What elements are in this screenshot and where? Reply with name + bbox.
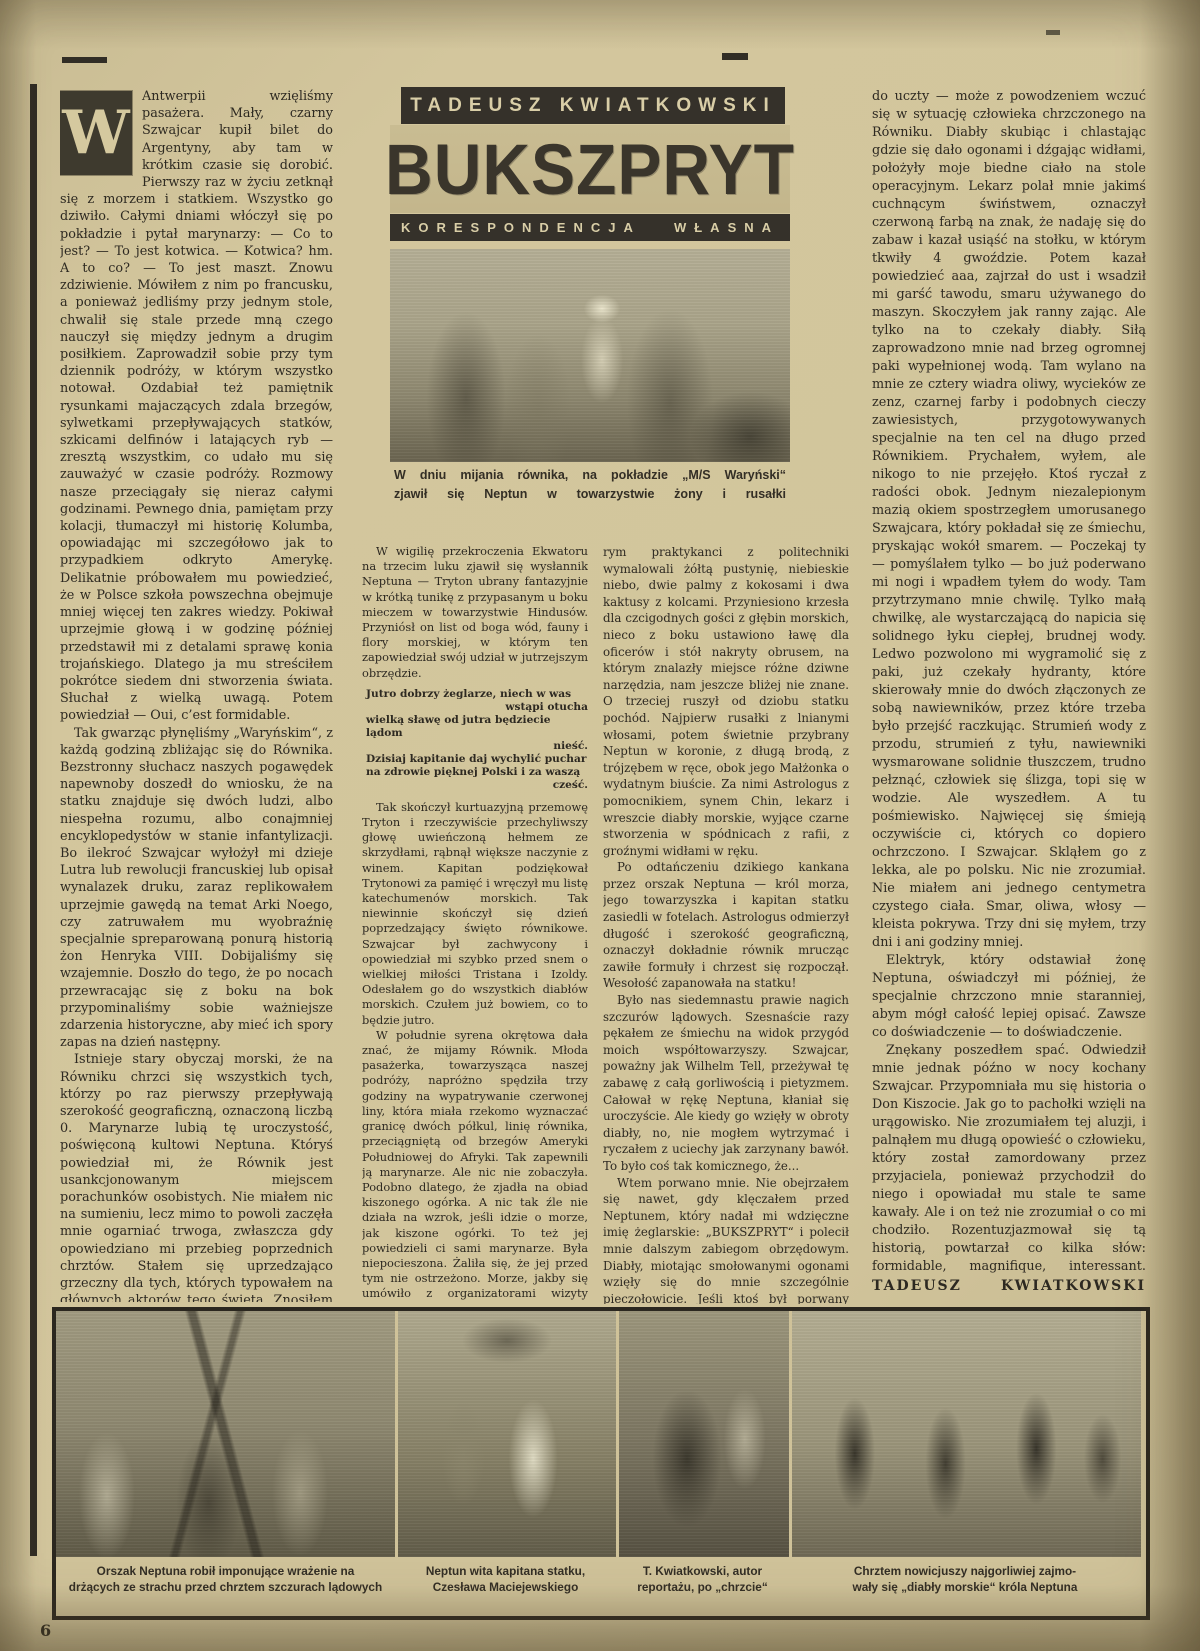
toast-verse: Jutro dobrzy żeglarze, niech w was wstąp… — [366, 688, 588, 792]
paragraph: Znękany poszedłem spać. Odwiedził mnie j… — [872, 1042, 1146, 1278]
photo-strip: Orszak Neptuna robił imponujące wrażenie… — [52, 1307, 1150, 1620]
article-column-3: do uczty — może z powodzeniem wczuć się … — [872, 88, 1146, 1278]
article-title: BUKSZPRYT — [385, 128, 795, 210]
photo-strip-captions: Orszak Neptuna robił imponujące wrażenie… — [56, 1557, 1146, 1595]
author-name: TADEUSZ KWIATKOWSKI — [410, 95, 776, 117]
dropcap-w: W — [60, 91, 132, 175]
correspondence-band: KORESPONDENCJA WŁASNA — [390, 214, 790, 241]
paragraph: Wtem porwano mnie. Nie obejrzałem się na… — [603, 1175, 849, 1304]
caption-line: Neptun wita kapitana statku, — [405, 1564, 606, 1580]
paragraph-text: Antwerpii wzięliśmy pasażera. Mały, czar… — [60, 89, 333, 723]
caption-line: T. Kwiatkowski, autor — [626, 1564, 779, 1580]
author-band: TADEUSZ KWIATKOWSKI — [401, 87, 785, 124]
page-number: 6 — [40, 1621, 51, 1640]
paragraph: WAntwerpii wzięliśmy pasażera. Mały, cza… — [60, 88, 333, 725]
lead-photo — [390, 249, 790, 462]
caption-line: Czesława Maciejewskiego — [405, 1580, 606, 1596]
top-right-mark — [1046, 30, 1060, 35]
verse-line: na zdrowie pięknej Polski i za waszą — [366, 766, 588, 779]
author-signature: TADEUSZ KWIATKOWSKI — [872, 1278, 1146, 1294]
caption-line: Chrztem nowicjuszy najgorliwiej zajmo- — [799, 1564, 1131, 1580]
article-column-2b: rym praktykanci z politechniki wymalowal… — [603, 544, 849, 1304]
strip-caption-2: Neptun wita kapitana statku, Czesława Ma… — [395, 1564, 616, 1595]
caption-line: wały się „diabły morskie“ króla Neptuna — [799, 1580, 1131, 1596]
strip-caption-4: Chrztem nowicjuszy najgorliwiej zajmo- w… — [789, 1564, 1141, 1595]
strip-photo-neptune-procession — [56, 1311, 395, 1557]
photo-strip-photos — [56, 1311, 1146, 1557]
paragraph: W wigilię przekroczenia Ekwatoru na trze… — [362, 544, 588, 681]
top-center-mark — [722, 53, 748, 60]
verse-line: Dzisiaj kapitanie daj wychylić puchar — [366, 753, 588, 766]
paragraph: Tak skończył kurtuazyjną przemowę Tryton… — [362, 800, 588, 1028]
paragraph: Istnieje stary obyczaj morski, że na Rów… — [60, 1051, 333, 1302]
article-title-box: BUKSZPRYT — [390, 125, 790, 213]
left-margin-rule — [30, 84, 37, 1556]
paragraph: rym praktykanci z politechniki wymalowal… — [603, 544, 849, 859]
caption-line: reportażu, po „chrzcie“ — [626, 1580, 779, 1596]
lead-photo-caption: W dniu mijania równika, na pokładzie „M/… — [388, 466, 792, 504]
strip-caption-3: T. Kwiatkowski, autor reportażu, po „chr… — [616, 1564, 789, 1595]
paragraph: Po odtańczeniu dzikiego kankana przez or… — [603, 859, 849, 992]
magazine-page: TADEUSZ KWIATKOWSKI BUKSZPRYT KORESPONDE… — [0, 0, 1200, 1651]
verse-line: Jutro dobrzy żeglarze, niech w was — [366, 688, 588, 701]
strip-photo-sea-devils — [789, 1311, 1141, 1557]
strip-photo-neptune-captain — [395, 1311, 616, 1557]
article-column-2a: W wigilię przekroczenia Ekwatoru na trze… — [362, 544, 588, 1304]
verse-line: cześć. — [366, 779, 588, 792]
lead-caption-line: zjawił się Neptun w towarzystwie żony i … — [388, 485, 792, 504]
verse-line: wielką sławę od jutra będziecie lądom — [366, 714, 588, 740]
caption-line: drżących ze strachu przed chrztem szczur… — [66, 1580, 385, 1596]
correspondence-label: KORESPONDENCJA WŁASNA — [401, 220, 779, 235]
paragraph: Tak gwarząc płynęliśmy „Waryńskim“, z ka… — [60, 725, 333, 1052]
lead-caption-line: W dniu mijania równika, na pokładzie „M/… — [388, 466, 792, 485]
strip-photo-author-after-baptism — [616, 1311, 789, 1557]
top-left-mark — [62, 57, 107, 63]
paragraph: Elektryk, który odstawiał żonę Neptuna, … — [872, 952, 1146, 1042]
paragraph: Było nas siedemnastu prawie nagich szczu… — [603, 992, 849, 1175]
paragraph: W południe syrena okrętowa dała znać, że… — [362, 1028, 588, 1304]
caption-line: Orszak Neptuna robił imponujące wrażenie… — [66, 1564, 385, 1580]
strip-caption-1: Orszak Neptuna robił imponujące wrażenie… — [56, 1564, 395, 1595]
article-column-1: WAntwerpii wzięliśmy pasażera. Mały, cza… — [60, 88, 333, 1302]
paragraph: do uczty — może z powodzeniem wczuć się … — [872, 88, 1146, 952]
verse-line: nieść. — [366, 740, 588, 753]
verse-line: wstąpi otucha — [366, 701, 588, 714]
